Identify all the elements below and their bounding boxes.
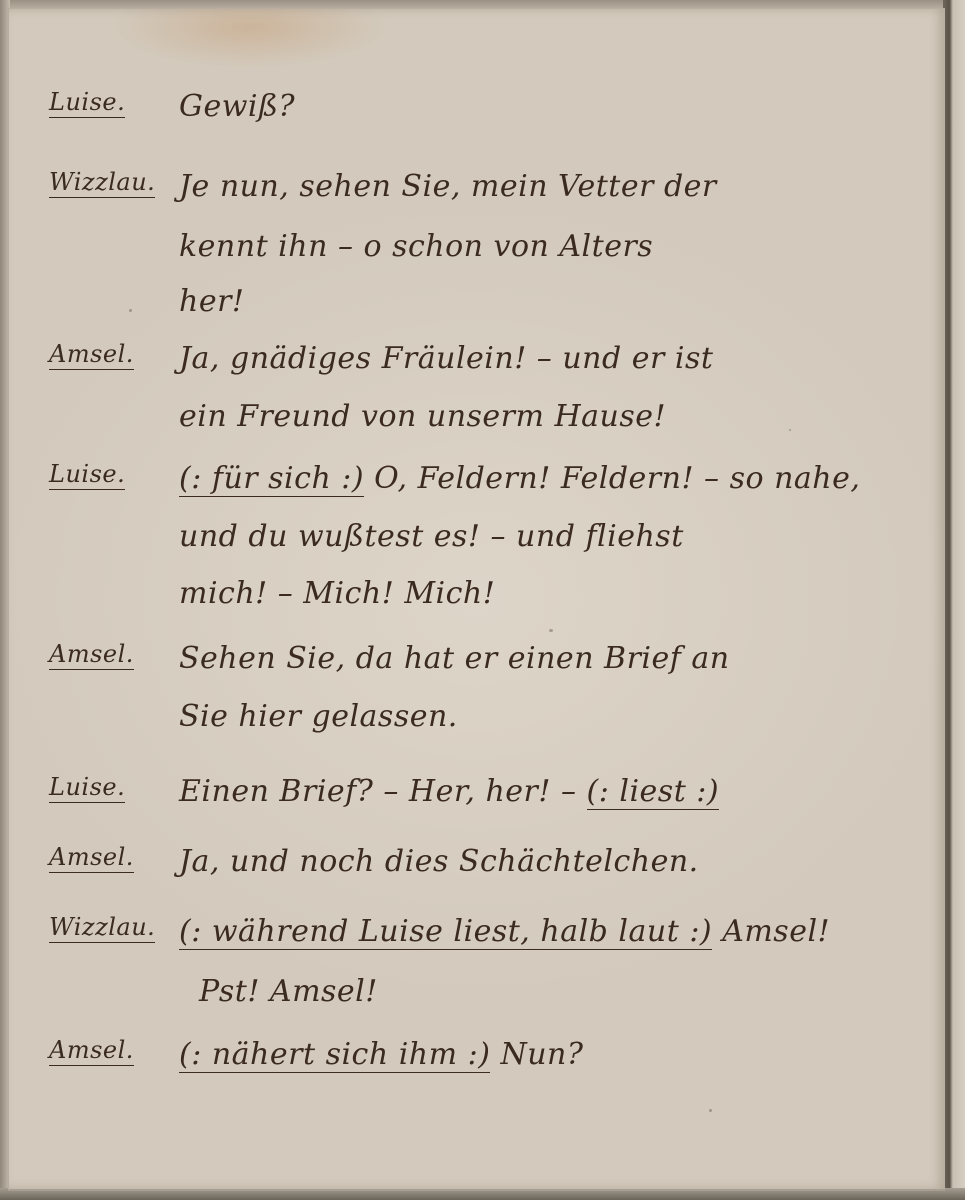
book-edge-right [943,0,965,1200]
speech-text: Ja, gnädiges Fräulein! – und er ist [179,341,713,376]
speaker-name: Amsel. [49,1037,134,1066]
speech-content: Nun? [500,1037,583,1072]
stage-direction: (: für sich :) [179,461,364,497]
speech-text: Einen Brief? – Her, her! – (: liest :) [179,774,719,809]
speech-content: O, Feldern! Feldern! – so nahe, [374,461,860,496]
speaker-name: Luise. [49,89,125,118]
paper-speck [789,429,791,431]
speech-text: kennt ihn – o schon von Alters [179,229,653,264]
paper-speck [549,629,553,632]
speech-text: Ja, und noch dies Schächtelchen. [179,844,699,879]
paper-speck [129,309,132,312]
speech-text: (: während Luise liest, halb laut :) Ams… [179,914,830,949]
speaker-name: Luise. [49,461,125,490]
speech-text: Gewiß? [179,89,295,124]
speaker-name: Luise. [49,774,125,803]
speech-content: Amsel! [722,914,830,949]
speech-text: Sie hier gelassen. [179,699,458,734]
speaker-name: Wizzlau. [49,914,155,943]
speech-text: (: für sich :) O, Feldern! Feldern! – so… [179,461,860,496]
paper-speck [709,1109,712,1112]
speech-content: Einen Brief? – Her, her! – [179,774,576,809]
stage-direction: (: während Luise liest, halb laut :) [179,914,712,950]
speech-text: Pst! Amsel! [199,974,378,1009]
speaker-name: Amsel. [49,844,134,873]
stage-direction: (: liest :) [587,774,720,810]
stage-direction: (: nähert sich ihm :) [179,1037,490,1073]
speech-text: Sehen Sie, da hat er einen Brief an [179,641,730,676]
speech-text: ein Freund von unserm Hause! [179,399,666,434]
manuscript-page: Luise. Gewiß? Wizzlau. Je nun, sehen Sie… [8,8,945,1191]
speech-text: her! [179,284,244,319]
speech-text: mich! – Mich! Mich! [179,576,495,611]
speaker-name: Wizzlau. [49,169,155,198]
speech-text: und du wußtest es! – und fliehst [179,519,684,554]
speech-text: Je nun, sehen Sie, mein Vetter der [179,169,717,204]
speech-text: (: nähert sich ihm :) Nun? [179,1037,583,1072]
speaker-name: Amsel. [49,341,134,370]
speaker-name: Amsel. [49,641,134,670]
